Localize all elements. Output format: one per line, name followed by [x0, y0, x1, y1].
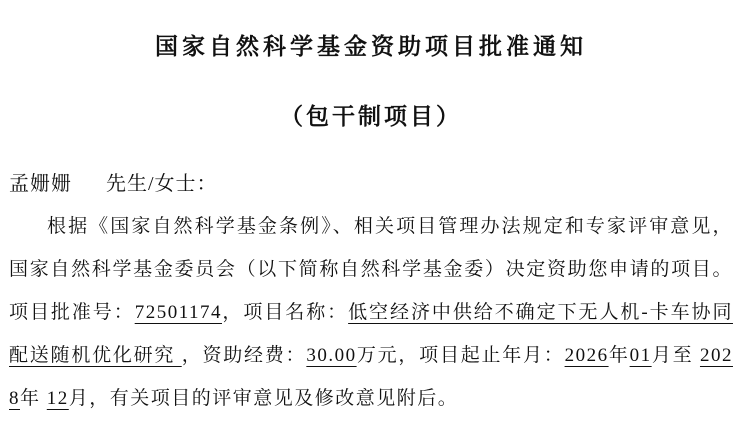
field-value-underlined: 01 [630, 345, 652, 366]
salutation-suffix: 先生/女士： [106, 173, 218, 195]
field-value-underlined: 30.00 [306, 345, 356, 366]
field-value-underlined: 72501174 [135, 302, 222, 323]
body-text-run: 万元，项目起止年月： [357, 345, 565, 366]
body-text-run: 年 [609, 345, 630, 366]
body-paragraph: 根据《国家自然科学基金条例》、相关项目管理办法规定和专家评审意见，国家自然科学基… [9, 205, 733, 420]
salutation-line: 孟姗姗先生/女士： [9, 170, 733, 198]
body-text-run: ，项目名称： [222, 302, 348, 323]
body-text-run: 年 [20, 388, 47, 409]
field-value-underlined: 2026 [565, 345, 609, 366]
grant-approval-notice-document: 国家自然科学基金资助项目批准通知 （包干制项目） 孟姗姗先生/女士： 根据《国家… [0, 0, 742, 427]
body-text-run: ，资助经费： [182, 345, 307, 366]
document-subtitle: （包干制项目） [9, 101, 733, 133]
document-title: 国家自然科学基金资助项目批准通知 [9, 0, 733, 63]
body-text-run: 月至 [652, 345, 700, 366]
recipient-name: 孟姗姗 [9, 173, 72, 195]
field-value-underlined: 12 [47, 388, 69, 409]
body-text-run: 月，有关项目的评审意见及修改意见附后。 [69, 388, 459, 409]
